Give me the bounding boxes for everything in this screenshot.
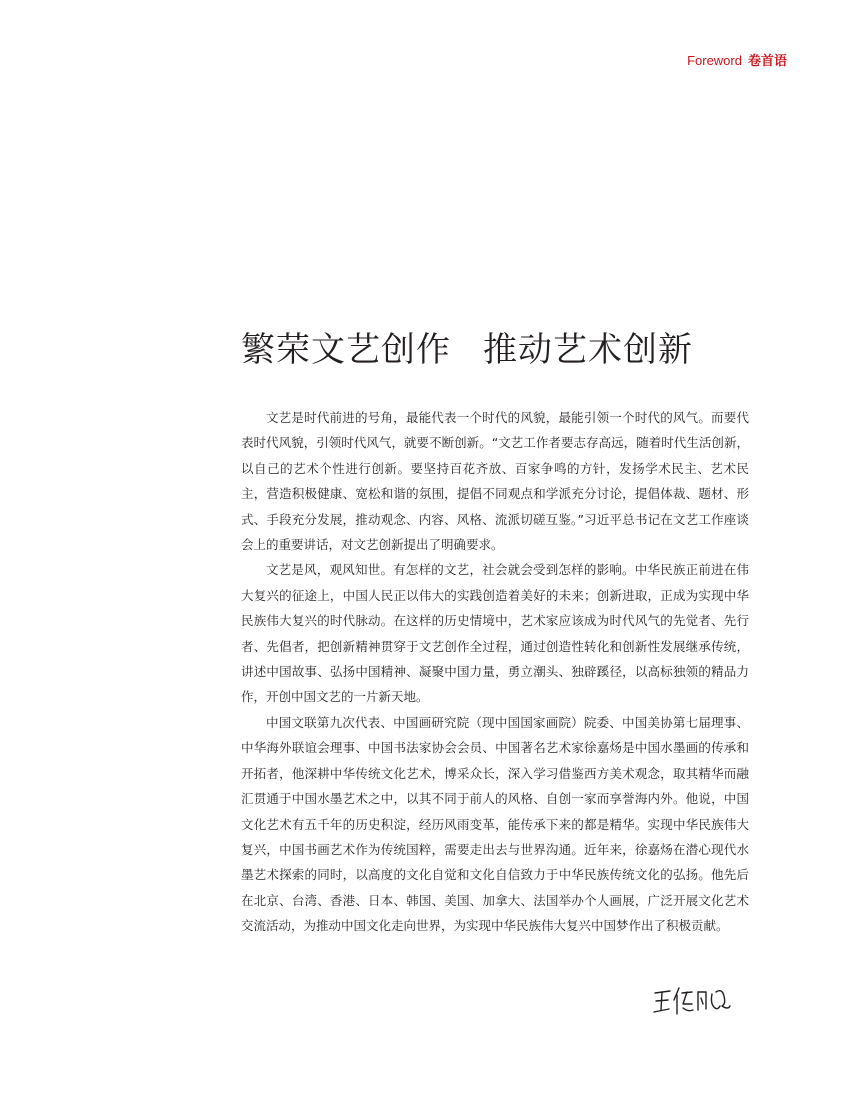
section-label-zh: 卷首语 bbox=[748, 53, 787, 68]
paragraph: 文艺是风，观风知世。有怎样的文艺，社会就会受到怎样的影响。中华民族正前进在伟大复… bbox=[241, 557, 749, 709]
article-title-part2: 推动艺术创新 bbox=[483, 330, 693, 370]
article-body: 文艺是时代前进的号角，最能代表一个时代的风貌，最能引领一个时代的风气。而要代表时… bbox=[241, 405, 749, 939]
article-title: 繁荣文艺创作推动艺术创新 bbox=[241, 322, 693, 371]
section-label-en: Foreword bbox=[687, 53, 742, 68]
signature-icon bbox=[652, 984, 732, 1018]
paragraph: 中国文联第九次代表、中国画研究院（现中国国家画院）院委、中国美协第七届理事、中华… bbox=[241, 710, 749, 939]
section-header: Foreword卷首语 bbox=[687, 50, 787, 69]
article-title-part1: 繁荣文艺创作 bbox=[241, 330, 451, 370]
paragraph: 文艺是时代前进的号角，最能代表一个时代的风貌，最能引领一个时代的风气。而要代表时… bbox=[241, 405, 749, 557]
